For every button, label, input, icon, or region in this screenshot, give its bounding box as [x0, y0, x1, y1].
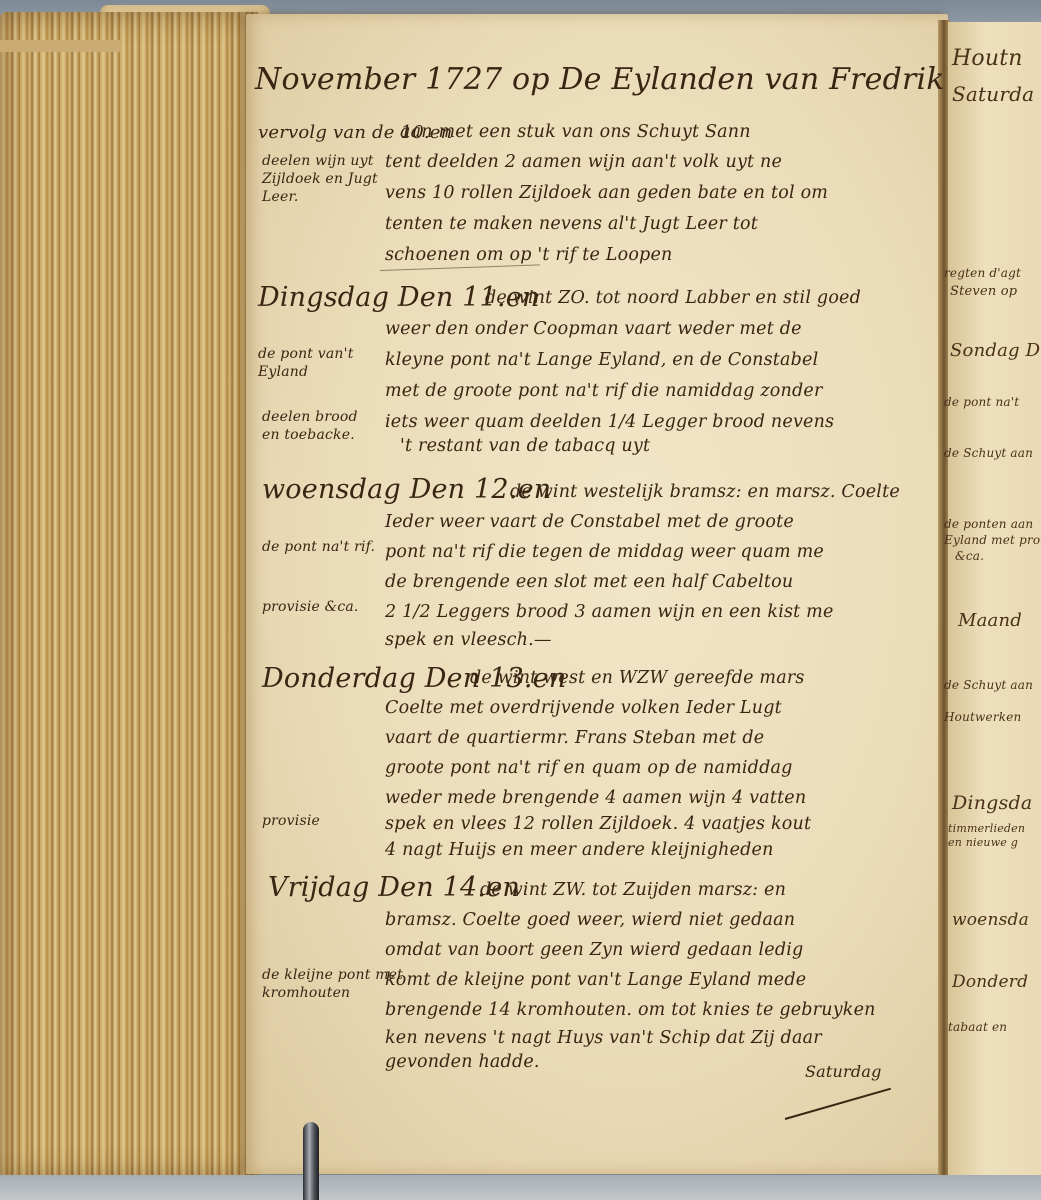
entry-line: gevonden hadde.: [385, 1052, 540, 1072]
page-stack-fore-edge: [0, 12, 258, 1177]
entry-line: schoenen om op 't rif te Loopen: [385, 245, 672, 265]
facing-fragment: timmerlieden: [948, 822, 1025, 835]
entry-line: met de groote pont na't rif die namiddag…: [385, 381, 823, 401]
entry-line: 2 1/2 Leggers brood 3 aamen wijn en een …: [385, 602, 834, 622]
facing-fragment: &ca.: [955, 549, 984, 563]
margin-note: deelen brood en toebacke.: [262, 408, 372, 444]
facing-fragment: de ponten aan: [944, 517, 1033, 531]
entry-line: omdat van boort geen Zyn wierd gedaan le…: [385, 940, 803, 960]
entry-day-label: woensdag Den 12.en: [262, 474, 551, 505]
facing-fragment: tabaat en: [948, 1020, 1007, 1034]
entry-line: de wint ZW. tot Zuijden marsz: en: [480, 880, 786, 900]
facing-fragment: Sondag D: [950, 340, 1040, 361]
entry-line: de brengende een slot met een half Cabel…: [385, 572, 793, 592]
facing-fragment: regten d'agt: [944, 266, 1021, 280]
page-stack-ledge: [0, 40, 120, 52]
entry-line: spek en vlees 12 rollen Zijldoek. 4 vaat…: [385, 814, 811, 834]
facing-fragment: Saturda: [952, 82, 1034, 106]
entry-line: bramsz. Coelte goed weer, wierd niet ged…: [385, 910, 795, 930]
facing-fragment: Donderd: [952, 972, 1028, 992]
page-heading: November 1727 op De Eylanden van Fredrik: [255, 62, 945, 97]
entry-line: spek en vleesch.—: [385, 630, 552, 650]
entry-line: tent deelden 2 aamen wijn aan't volk uyt…: [385, 152, 782, 172]
entry-line: iets weer quam deelden 1/4 Legger brood …: [385, 412, 834, 432]
facing-page: [948, 22, 1041, 1180]
backdrop-bottom: [0, 1175, 1041, 1200]
facing-fragment: en nieuwe g: [948, 836, 1018, 849]
entry-line: Ieder weer vaart de Constabel met de gro…: [385, 512, 794, 532]
facing-fragment: de Schuyt aan: [944, 446, 1033, 460]
entry-line: vaart de quartiermr. Frans Steban met de: [385, 728, 764, 748]
entry-line: komt de kleijne pont van't Lange Eyland …: [385, 970, 806, 990]
facing-fragment: de pont na't: [944, 395, 1019, 409]
facing-fragment: woensda: [952, 910, 1029, 930]
entry-line: tenten te maken nevens al't Jugt Leer to…: [385, 214, 758, 234]
entry-line: kleyne pont na't Lange Eyland, en de Con…: [385, 350, 818, 370]
facing-fragment: Houtwerken: [944, 710, 1021, 724]
metal-page-clip: [303, 1122, 319, 1200]
catchword: Saturdag: [805, 1062, 882, 1081]
entry-line: aan met een stuk van ons Schuyt Sann: [400, 122, 751, 142]
facing-fragment: Houtn: [952, 46, 1023, 71]
entry-line: Coelte met overdrijvende volken Ieder Lu…: [385, 698, 782, 718]
entry-line: brengende 14 kromhouten. om tot knies te…: [385, 1000, 876, 1020]
facing-fragment: Dingsda: [952, 792, 1032, 814]
entry-line: de wint ZO. tot noord Labber en stil goe…: [485, 288, 861, 308]
entry-line: groote pont na't rif en quam op de namid…: [385, 758, 793, 778]
facing-fragment: de Schuyt aan: [944, 678, 1033, 692]
entry-line: weder mede brengende 4 aamen wijn 4 vatt…: [385, 788, 806, 808]
entry-line: de wint west en WZW gereefde mars: [470, 668, 805, 688]
entry-line: de wint westelijk bramsz: en marsz. Coel…: [510, 482, 900, 502]
entry-line: 't restant van de tabacq uyt: [400, 436, 650, 456]
entry-line: vens 10 rollen Zijldoek aan geden bate e…: [385, 183, 828, 203]
facing-fragment: Maand: [958, 610, 1022, 631]
facing-fragment: Steven op: [950, 284, 1017, 299]
facing-fragment: Eyland met prov: [944, 533, 1041, 547]
entry-line: ken nevens 't nagt Huys van't Schip dat …: [385, 1028, 822, 1048]
margin-note: deelen wijn uyt Zijldoek en Jugt Leer.: [262, 152, 402, 206]
entry-line: pont na't rif die tegen de middag weer q…: [385, 542, 824, 562]
entry-line: weer den onder Coopman vaart weder met d…: [385, 319, 802, 339]
entry-line: 4 nagt Huijs en meer andere kleijnighede…: [385, 840, 774, 860]
